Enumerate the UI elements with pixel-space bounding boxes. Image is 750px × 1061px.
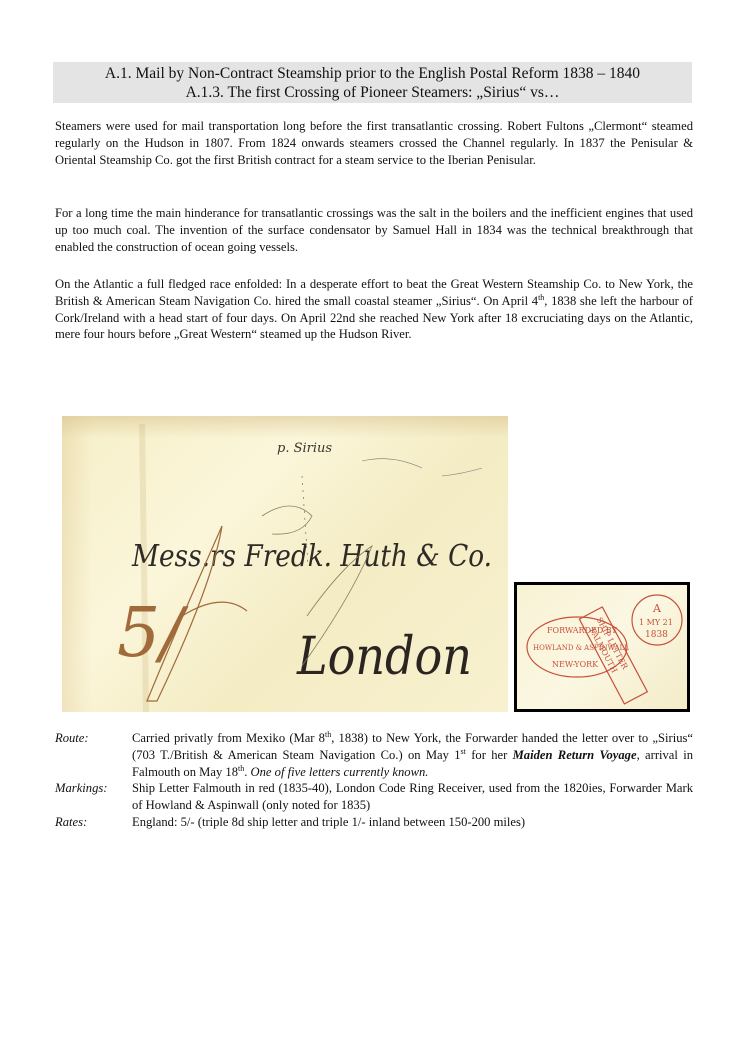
cover-notes: Route: Carried privatly from Mexiko (Mar…	[55, 730, 693, 831]
oval-line-3: NEW-YORK	[552, 660, 599, 669]
route-note: Route: Carried privatly from Mexiko (Mar…	[55, 730, 693, 780]
route-label: Route:	[55, 730, 132, 780]
condensator-paragraph: For a long time the main hinderance for …	[55, 205, 693, 255]
markings-text: Ship Letter Falmouth in red (1835-40), L…	[132, 780, 693, 814]
letter-handwriting: p. Sirius Mess.rs Fredk. Huth & Co. 5/ L…	[62, 416, 508, 712]
markings-label: Markings:	[55, 780, 132, 814]
page-subtitle: A.1.3. The first Crossing of Pioneer Ste…	[53, 83, 692, 102]
ring-year: 1838	[645, 630, 668, 640]
rarity-note: One of five letters currently known.	[251, 765, 429, 779]
postmark-detail-inset: FORWARDED BY HOWLAND & ASPINWALL NEW-YOR…	[514, 582, 690, 712]
postmarks: FORWARDED BY HOWLAND & ASPINWALL NEW-YOR…	[517, 585, 687, 709]
rates-label: Rates:	[55, 814, 132, 831]
ring-code: A	[652, 602, 662, 615]
rates-text: England: 5/- (triple 8d ship letter and …	[132, 814, 693, 831]
addressee-text: Mess.rs Fredk. Huth & Co.	[131, 539, 492, 574]
ring-date: 1 MY 21	[639, 618, 673, 627]
ship-note-text: p. Sirius	[277, 441, 332, 456]
race-paragraph: On the Atlantic a full fledged race enfo…	[55, 276, 693, 343]
rates-note: Rates: England: 5/- (triple 8d ship lett…	[55, 814, 693, 831]
maiden-voyage-emphasis: Maiden Return Voyage	[513, 748, 637, 762]
intro-paragraph: Steamers were used for mail transportati…	[55, 118, 693, 168]
rate-mark-text: 5/	[117, 594, 189, 673]
page-title: A.1. Mail by Non-Contract Steamship prio…	[53, 64, 692, 83]
route-text: Carried privatly from Mexiko (Mar 8th, 1…	[132, 730, 693, 780]
cover-letter-image: p. Sirius Mess.rs Fredk. Huth & Co. 5/ L…	[62, 416, 508, 712]
markings-note: Markings: Ship Letter Falmouth in red (1…	[55, 780, 693, 814]
page-header: A.1. Mail by Non-Contract Steamship prio…	[53, 62, 692, 103]
